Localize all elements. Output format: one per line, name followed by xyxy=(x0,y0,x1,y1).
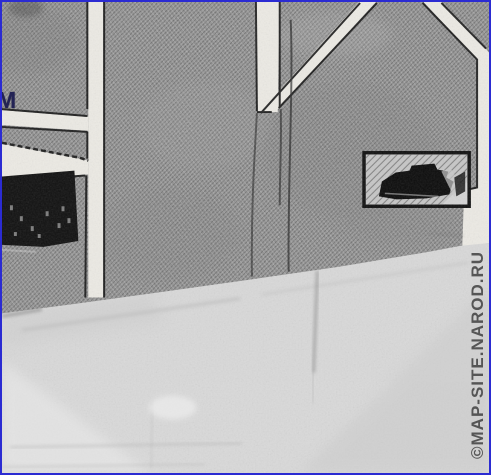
watermark-text: ©MAP-SITE.NAROD.RU xyxy=(465,249,490,459)
map-canvas: М ©MAP-SITE.NAROD.RU xyxy=(2,2,489,473)
map-image[interactable]: М ©MAP-SITE.NAROD.RU xyxy=(0,0,491,475)
map-artwork xyxy=(2,2,489,473)
paper-streak-vertical xyxy=(312,373,313,404)
street-label: М xyxy=(0,89,16,112)
paper-bright-spot xyxy=(149,396,197,420)
